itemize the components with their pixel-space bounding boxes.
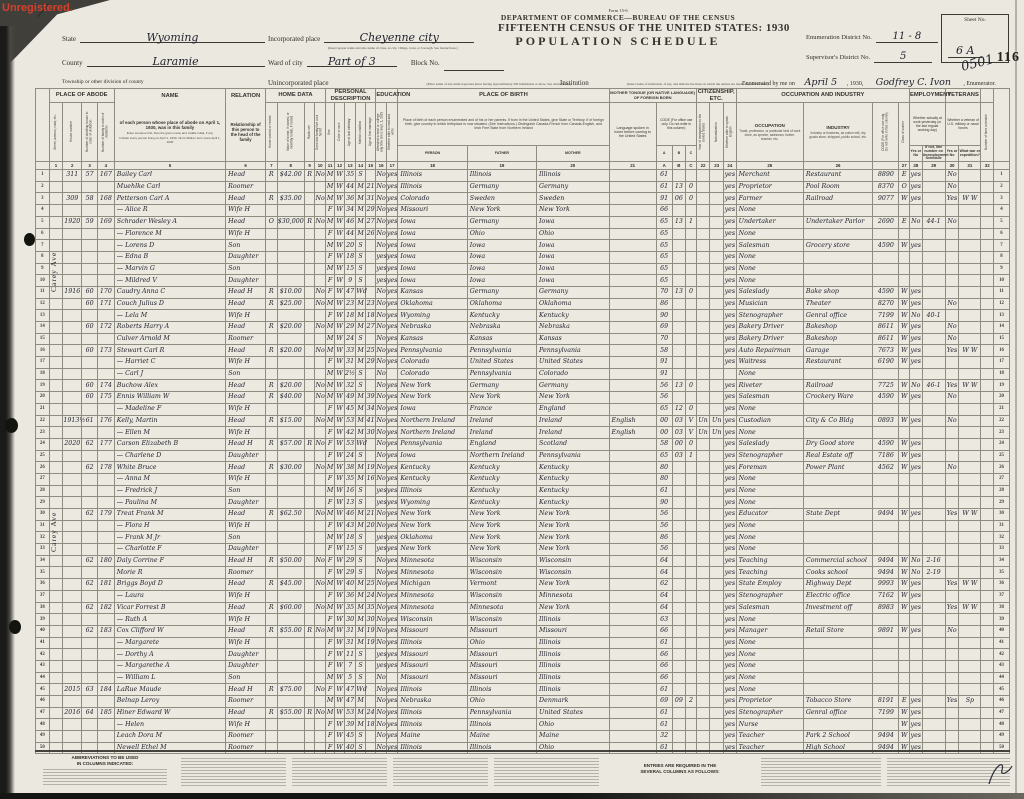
cell bbox=[672, 392, 686, 404]
cell bbox=[609, 380, 656, 392]
cell bbox=[710, 181, 724, 193]
column-desc-row: Street, avenue, road, etc.House numberNu… bbox=[36, 103, 1010, 146]
cell: S bbox=[356, 450, 365, 462]
state-value: Wyoming bbox=[80, 34, 265, 43]
cell: R bbox=[304, 625, 315, 637]
cell: 62 bbox=[656, 579, 672, 591]
cell: 169 bbox=[97, 216, 114, 228]
cell bbox=[696, 216, 710, 228]
cell bbox=[909, 520, 922, 532]
cell: 17 bbox=[994, 357, 1010, 369]
cell bbox=[696, 205, 710, 217]
cell bbox=[672, 473, 686, 485]
cell: Illinois bbox=[537, 672, 609, 684]
cell: 174 bbox=[97, 380, 114, 392]
name-cell: — Marvin G bbox=[114, 263, 225, 275]
cell: Head bbox=[226, 345, 266, 357]
cell bbox=[609, 170, 656, 182]
cell: Missouri bbox=[398, 660, 467, 672]
cell bbox=[873, 672, 899, 684]
column-group-row: PLACE OF ABODENAMERELATIONHOME DATAPERSO… bbox=[36, 89, 1010, 103]
cell bbox=[49, 590, 63, 602]
cell: 38 bbox=[994, 602, 1010, 614]
cell bbox=[266, 497, 278, 509]
cell: No bbox=[376, 590, 387, 602]
cell: M bbox=[325, 392, 334, 404]
cell: 9891 bbox=[873, 625, 899, 637]
cell: 62 bbox=[82, 625, 98, 637]
column-number bbox=[36, 162, 50, 170]
cell: Saleslady bbox=[736, 438, 803, 450]
cell bbox=[304, 357, 315, 369]
ward-value: Part of 3 bbox=[307, 58, 397, 67]
cell bbox=[873, 719, 899, 731]
cell: yes bbox=[724, 216, 737, 228]
cell: yes bbox=[386, 567, 398, 579]
cell bbox=[304, 485, 315, 497]
cell bbox=[959, 555, 981, 567]
cell: $62.50 bbox=[277, 509, 304, 521]
cell: 8 bbox=[36, 251, 50, 263]
name-cell: Belnap Leroy bbox=[114, 696, 225, 708]
cell bbox=[686, 368, 697, 380]
cell: R bbox=[266, 555, 278, 567]
cell: 1913½ bbox=[63, 415, 82, 427]
cell bbox=[49, 357, 63, 369]
census-row-46: 46Belnap LeroyRoomerMW47MNoyesNebraskaOh… bbox=[36, 696, 1010, 708]
fine-print-column bbox=[393, 755, 488, 794]
cell: $60.00 bbox=[277, 602, 304, 614]
cell bbox=[672, 672, 686, 684]
cell bbox=[922, 485, 945, 497]
cell bbox=[803, 205, 872, 217]
cell bbox=[672, 637, 686, 649]
cell: R bbox=[266, 625, 278, 637]
cell: 58 bbox=[656, 438, 672, 450]
cell: Son bbox=[226, 485, 266, 497]
cell: F bbox=[325, 427, 334, 439]
cell bbox=[82, 263, 98, 275]
cell: yes bbox=[386, 427, 398, 439]
cell: 20 bbox=[344, 240, 356, 252]
cell bbox=[365, 485, 376, 497]
cell: $35.00 bbox=[277, 193, 304, 205]
cell: E bbox=[899, 170, 910, 182]
column-number: 4 bbox=[97, 162, 114, 170]
cell bbox=[922, 286, 945, 298]
cell bbox=[959, 427, 981, 439]
cell bbox=[710, 684, 724, 696]
cell: Head H bbox=[226, 555, 266, 567]
cell bbox=[365, 696, 376, 708]
census-row-19: 1960174Buchow AlexHeadR$20.00NoMW32SNoye… bbox=[36, 380, 1010, 392]
cell: 53 bbox=[344, 415, 356, 427]
cell: 4590 bbox=[873, 240, 899, 252]
cell: 2 bbox=[994, 181, 1010, 193]
cell bbox=[981, 473, 994, 485]
cell bbox=[609, 625, 656, 637]
cell bbox=[981, 170, 994, 182]
cell bbox=[959, 357, 981, 369]
cell: yes bbox=[386, 322, 398, 334]
column-header: Whether able to read and write bbox=[386, 103, 398, 162]
cell bbox=[873, 473, 899, 485]
cell: Iowa bbox=[398, 240, 467, 252]
cell: yes bbox=[724, 450, 737, 462]
cell bbox=[803, 251, 872, 263]
cell bbox=[82, 532, 98, 544]
column-subheader: Yes or No bbox=[909, 146, 922, 162]
census-row-37: 37— LauraWife HFW36M24NoyesMinnesotaWisc… bbox=[36, 590, 1010, 602]
name-cell: — Harriet C bbox=[114, 357, 225, 369]
column-header: Place of birth of each person enumerated… bbox=[398, 103, 609, 146]
cell bbox=[609, 251, 656, 263]
cell bbox=[981, 345, 994, 357]
cell: yes bbox=[724, 649, 737, 661]
cell: yes bbox=[386, 590, 398, 602]
cell: Sweden bbox=[537, 193, 609, 205]
census-row-16: 1660173Stewart Carl RHeadR$20.00NoMW33M2… bbox=[36, 345, 1010, 357]
census-row-30: 3062179Treat Frank MHeadR$62.50NoMW46M21… bbox=[36, 509, 1010, 521]
cell: W bbox=[335, 590, 344, 602]
cell: No bbox=[945, 181, 959, 193]
cell: 7186 bbox=[873, 450, 899, 462]
cell bbox=[266, 450, 278, 462]
cell bbox=[49, 310, 63, 322]
cell: 32 bbox=[344, 380, 356, 392]
cell bbox=[873, 251, 899, 263]
cell bbox=[981, 532, 994, 544]
cell: Roomer bbox=[226, 181, 266, 193]
cell bbox=[672, 333, 686, 345]
cell: 32 bbox=[36, 532, 50, 544]
cell: W bbox=[335, 637, 344, 649]
cell bbox=[304, 193, 315, 205]
cell: No bbox=[376, 462, 387, 474]
cell: Wd bbox=[356, 684, 365, 696]
cell bbox=[672, 322, 686, 334]
column-header: Sex bbox=[325, 103, 334, 162]
cell: S bbox=[356, 333, 365, 345]
incorporated-note: (Insert proper name and also name of cla… bbox=[328, 46, 474, 50]
cell: 65 bbox=[656, 263, 672, 275]
cell: yes bbox=[386, 579, 398, 591]
column-header: Attended school or college any time sinc… bbox=[376, 103, 387, 162]
cell: V bbox=[686, 427, 697, 439]
cell: F bbox=[325, 310, 334, 322]
sheet-label: Sheet No. bbox=[942, 17, 1008, 23]
cell bbox=[922, 368, 945, 380]
cell: Kentucky bbox=[467, 485, 536, 497]
cell bbox=[672, 485, 686, 497]
cell: yes bbox=[386, 696, 398, 708]
cell: Kentucky bbox=[398, 462, 467, 474]
name-cell: LaRue Maude bbox=[114, 684, 225, 696]
cell: Yes bbox=[945, 509, 959, 521]
cell bbox=[899, 544, 910, 556]
cell: No bbox=[315, 380, 326, 392]
cell bbox=[686, 310, 697, 322]
cell: W bbox=[899, 438, 910, 450]
cell: M bbox=[325, 181, 334, 193]
name-cell: — Anna M bbox=[114, 473, 225, 485]
cell bbox=[315, 427, 326, 439]
cell: 60 bbox=[82, 298, 98, 310]
column-number: 12 bbox=[335, 162, 344, 170]
cell bbox=[686, 602, 697, 614]
cell: 60 bbox=[82, 286, 98, 298]
cell bbox=[696, 193, 710, 205]
column-number: 21 bbox=[609, 162, 656, 170]
cell: 03 bbox=[672, 427, 686, 439]
cell: Minnesota bbox=[467, 602, 536, 614]
cell: W W bbox=[959, 193, 981, 205]
cell bbox=[609, 485, 656, 497]
cell: yes bbox=[724, 660, 737, 672]
cell: M bbox=[325, 322, 334, 334]
cell: yes bbox=[909, 170, 922, 182]
cell: Iowa bbox=[537, 263, 609, 275]
name-cell: Petterson Carl A bbox=[114, 193, 225, 205]
column-number: 31 bbox=[959, 162, 981, 170]
cell bbox=[981, 427, 994, 439]
name-cell: Culver Arnold M bbox=[114, 333, 225, 345]
cell: No bbox=[376, 333, 387, 345]
cell: Missouri bbox=[398, 625, 467, 637]
cell: 9494 bbox=[873, 567, 899, 579]
cell bbox=[710, 625, 724, 637]
cell bbox=[959, 275, 981, 287]
cell: 46 bbox=[36, 696, 50, 708]
cell bbox=[696, 450, 710, 462]
cell: None bbox=[736, 497, 803, 509]
cell: 7162 bbox=[873, 590, 899, 602]
cell: No bbox=[376, 438, 387, 450]
cell bbox=[981, 719, 994, 731]
cell bbox=[315, 368, 326, 380]
cell bbox=[82, 310, 98, 322]
cell: $20.00 bbox=[277, 345, 304, 357]
column-number: 20 bbox=[537, 162, 609, 170]
census-row-35: 35Morie RRoomerFW29SNoyesMinnesotaWiscon… bbox=[36, 567, 1010, 579]
cell bbox=[922, 357, 945, 369]
cell bbox=[686, 590, 697, 602]
cell: Kentucky bbox=[467, 473, 536, 485]
cell: F bbox=[325, 614, 334, 626]
name-cell: — Paulina M bbox=[114, 497, 225, 509]
cell: Wife H bbox=[226, 403, 266, 415]
population-schedule-table: PLACE OF ABODENAMERELATIONHOME DATAPERSO… bbox=[35, 88, 1010, 754]
cell: 61 bbox=[656, 684, 672, 696]
fine-print-column bbox=[292, 755, 387, 794]
cell: 65 bbox=[656, 240, 672, 252]
cell bbox=[609, 602, 656, 614]
cell bbox=[304, 240, 315, 252]
cell bbox=[82, 637, 98, 649]
cell: yes bbox=[724, 392, 737, 404]
cell: S bbox=[356, 380, 365, 392]
census-row-24: 24202062177Carson Elizabeth BHead HR$57.… bbox=[36, 438, 1010, 450]
cell: Wife H bbox=[226, 719, 266, 731]
cell bbox=[315, 731, 326, 743]
cell: 48 bbox=[36, 719, 50, 731]
cell: S bbox=[356, 497, 365, 509]
cell bbox=[63, 427, 82, 439]
cell: M bbox=[356, 719, 365, 731]
cell: No bbox=[315, 684, 326, 696]
cell: Head bbox=[226, 415, 266, 427]
cell bbox=[899, 473, 910, 485]
cell bbox=[981, 555, 994, 567]
cell bbox=[266, 263, 278, 275]
cell: 33 bbox=[36, 544, 50, 556]
cell bbox=[922, 263, 945, 275]
cell: R bbox=[266, 579, 278, 591]
cell bbox=[304, 555, 315, 567]
cell: W bbox=[335, 707, 344, 719]
cell: W bbox=[899, 286, 910, 298]
cell: 31 bbox=[994, 520, 1010, 532]
column-number: 23 bbox=[710, 162, 724, 170]
cell bbox=[710, 240, 724, 252]
cell: Theater bbox=[803, 298, 872, 310]
column-header: Age at last birthday bbox=[344, 103, 356, 162]
cell: W bbox=[335, 450, 344, 462]
cell: Wyoming bbox=[398, 497, 467, 509]
cell: M bbox=[325, 368, 334, 380]
cell: $57.00 bbox=[277, 438, 304, 450]
cell: 66 bbox=[656, 625, 672, 637]
cell: 42 bbox=[344, 427, 356, 439]
cell: 61 bbox=[656, 181, 672, 193]
cell: No bbox=[376, 719, 387, 731]
cell bbox=[922, 660, 945, 672]
cell bbox=[97, 649, 114, 661]
cell bbox=[710, 462, 724, 474]
cell: 0 bbox=[686, 286, 697, 298]
cell bbox=[82, 497, 98, 509]
cell bbox=[82, 275, 98, 287]
cell: yes bbox=[376, 485, 387, 497]
cell: 45 bbox=[36, 684, 50, 696]
cell: Kentucky bbox=[537, 485, 609, 497]
cell: 00 bbox=[656, 415, 672, 427]
cell: Illinois bbox=[398, 181, 467, 193]
cell bbox=[609, 333, 656, 345]
cell bbox=[304, 298, 315, 310]
column-subheader: MOTHER bbox=[537, 146, 609, 162]
cell: M bbox=[325, 672, 334, 684]
column-header: Radio set bbox=[304, 103, 315, 162]
cell bbox=[981, 368, 994, 380]
cell: No bbox=[376, 216, 387, 228]
cell: Ohio bbox=[537, 719, 609, 731]
cell bbox=[959, 462, 981, 474]
cell: Head bbox=[226, 625, 266, 637]
census-row-38: 3862182Vicar Forrest BHeadR$60.00NoMW35M… bbox=[36, 602, 1010, 614]
cell: W bbox=[335, 532, 344, 544]
cell: $55.00 bbox=[277, 707, 304, 719]
cell: W W bbox=[959, 579, 981, 591]
cell bbox=[609, 567, 656, 579]
cell bbox=[315, 614, 326, 626]
cell: No bbox=[315, 193, 326, 205]
cell: Foreman bbox=[736, 462, 803, 474]
cell: yes bbox=[386, 497, 398, 509]
cell: 27 bbox=[365, 322, 376, 334]
cell: 49 bbox=[36, 731, 50, 743]
cell: yes bbox=[386, 684, 398, 696]
cell: W bbox=[335, 567, 344, 579]
cell bbox=[873, 614, 899, 626]
cell: Illinois bbox=[537, 684, 609, 696]
column-group-header: EMPLOYMENT bbox=[909, 89, 945, 103]
cell: No bbox=[376, 602, 387, 614]
cell: 48 bbox=[994, 719, 1010, 731]
cell bbox=[277, 263, 304, 275]
cell: 62 bbox=[82, 555, 98, 567]
cell: 29 bbox=[365, 357, 376, 369]
cell: $30.00 bbox=[277, 462, 304, 474]
cell bbox=[909, 485, 922, 497]
cell bbox=[710, 614, 724, 626]
cell bbox=[981, 509, 994, 521]
cell bbox=[63, 485, 82, 497]
cell bbox=[696, 438, 710, 450]
cell: Illinois bbox=[537, 649, 609, 661]
cell: Missouri bbox=[537, 625, 609, 637]
cell: 22 bbox=[994, 415, 1010, 427]
cell bbox=[266, 649, 278, 661]
cell: Kentucky bbox=[467, 497, 536, 509]
cell: 30 bbox=[365, 427, 376, 439]
cell: W bbox=[335, 368, 344, 380]
cell: 1 bbox=[686, 216, 697, 228]
cell bbox=[63, 719, 82, 731]
cell bbox=[959, 333, 981, 345]
cell: Yes bbox=[945, 696, 959, 708]
cell: Daughter bbox=[226, 660, 266, 672]
cell bbox=[277, 497, 304, 509]
cell: No bbox=[315, 625, 326, 637]
cell: Wife H bbox=[226, 614, 266, 626]
cell: Wife H bbox=[226, 228, 266, 240]
cell bbox=[981, 625, 994, 637]
census-row-15: 15Culver Arnold MRoomerMW24SNoyesKansasK… bbox=[36, 333, 1010, 345]
cell bbox=[63, 614, 82, 626]
cell: 40 bbox=[994, 625, 1010, 637]
cell: M bbox=[356, 579, 365, 591]
cell: Head H bbox=[226, 684, 266, 696]
cell bbox=[696, 672, 710, 684]
cell bbox=[49, 684, 63, 696]
cell bbox=[49, 696, 63, 708]
cell: Wisconsin bbox=[398, 614, 467, 626]
cell: 86 bbox=[656, 298, 672, 310]
cell bbox=[365, 380, 376, 392]
sup-district-line: Supervisor's District No. 5 bbox=[806, 46, 932, 64]
cell: 173 bbox=[97, 345, 114, 357]
cell bbox=[365, 368, 376, 380]
cell: M bbox=[325, 509, 334, 521]
cell: 10 bbox=[994, 275, 1010, 287]
cell: Stenographer bbox=[736, 590, 803, 602]
cell: 41 bbox=[36, 637, 50, 649]
cell bbox=[686, 637, 697, 649]
cell bbox=[609, 462, 656, 474]
column-number: 5 bbox=[114, 162, 225, 170]
cell: $55.00 bbox=[277, 625, 304, 637]
